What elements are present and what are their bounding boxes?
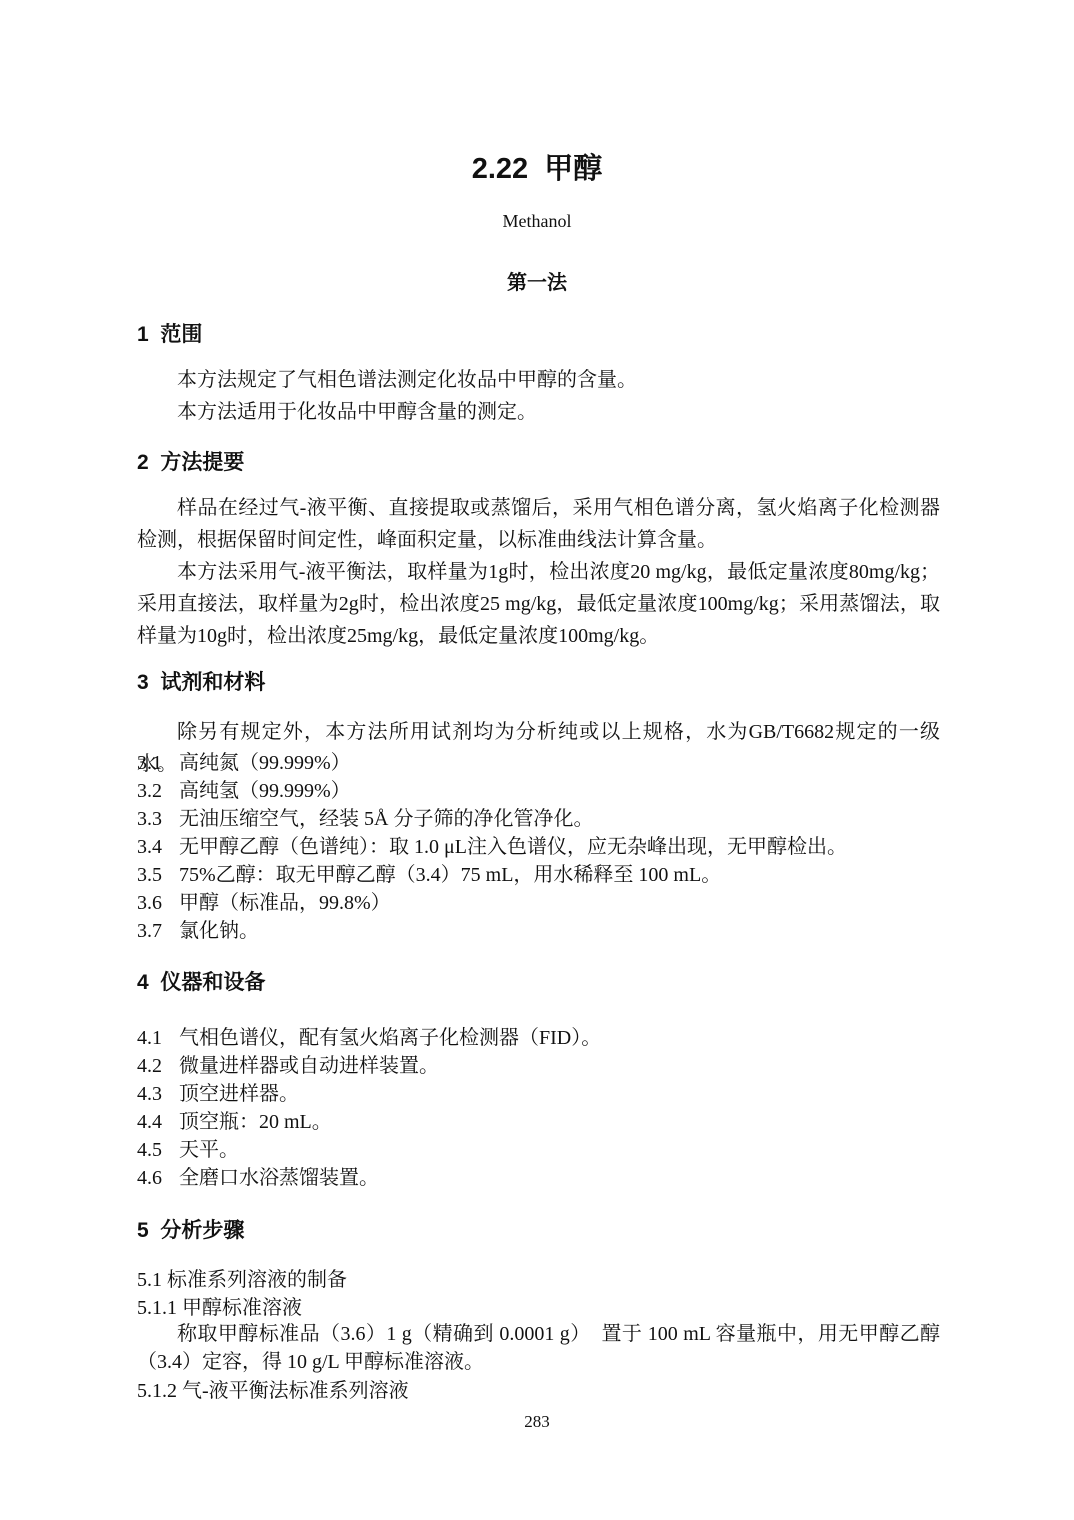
reagent-item: 3.2 高纯氢（99.999%） xyxy=(137,777,940,805)
apparatus-item: 4.2 微量进样器或自动进样装置。 xyxy=(137,1052,940,1080)
item-number: 4.1 xyxy=(137,1024,179,1052)
item-text: 无甲醇乙醇（色谱纯）：取 1.0 μL注入色谱仪，应无杂峰出现，无甲醇检出。 xyxy=(179,833,940,861)
item-text: 天平。 xyxy=(179,1136,940,1164)
item-number: 4.6 xyxy=(137,1164,179,1192)
reagent-item: 3.5 75%乙醇：取无甲醇乙醇（3.4）75 mL，用水稀释至 100 mL。 xyxy=(137,861,940,889)
summary-paragraph-2: 本方法采用气-液平衡法，取样量为1g时，检出浓度20 mg/kg，最低定量浓度8… xyxy=(137,556,940,652)
document-subtitle-english: Methanol xyxy=(0,211,1074,232)
section-summary-body: 样品在经过气-液平衡、直接提取或蒸馏后，采用气相色谱分离，氢火焰离子化检测器检测… xyxy=(137,492,940,652)
section-heading-reagents: 3 试剂和材料 xyxy=(137,666,940,696)
page-number: 283 xyxy=(0,1412,1074,1432)
section-scope-body: 本方法规定了气相色谱法测定化妆品中甲醇的含量。 本方法适用于化妆品中甲醇含量的测… xyxy=(137,364,940,428)
item-number: 3.3 xyxy=(137,805,179,833)
section-heading-procedure: 5 分析步骤 xyxy=(137,1214,940,1244)
document-title: 2.22 甲醇 xyxy=(0,146,1074,187)
item-number: 4.5 xyxy=(137,1136,179,1164)
section-heading-summary: 2 方法提要 xyxy=(137,446,940,476)
item-text: 顶空进样器。 xyxy=(179,1080,940,1108)
item-number: 3.5 xyxy=(137,861,179,889)
method-one-heading: 第一法 xyxy=(0,266,1074,295)
item-text: 氯化钠。 xyxy=(179,917,940,945)
apparatus-item: 4.1 气相色谱仪，配有氢火焰离子化检测器（FID）。 xyxy=(137,1024,940,1052)
scope-paragraph-2: 本方法适用于化妆品中甲醇含量的测定。 xyxy=(137,396,940,428)
item-text: 气相色谱仪，配有氢火焰离子化检测器（FID）。 xyxy=(179,1024,940,1052)
item-number: 3.1 xyxy=(137,749,179,777)
procedure-weigh-paragraph: 称取甲醇标准品（3.6）1 g（精确到 0.0001 g） 置于 100 mL … xyxy=(137,1320,940,1376)
apparatus-item: 4.4 顶空瓶：20 mL。 xyxy=(137,1108,940,1136)
procedure-sub-5-1: 5.1 标准系列溶液的制备 xyxy=(137,1266,940,1294)
document-page: 2.22 甲醇 Methanol 第一法 1 范围 本方法规定了气相色谱法测定化… xyxy=(0,0,1074,1520)
item-number: 3.4 xyxy=(137,833,179,861)
reagent-item: 3.4 无甲醇乙醇（色谱纯）：取 1.0 μL注入色谱仪，应无杂峰出现，无甲醇检… xyxy=(137,833,940,861)
apparatus-item: 4.3 顶空进样器。 xyxy=(137,1080,940,1108)
reagents-list: 3.1 高纯氮（99.999%） 3.2 高纯氢（99.999%） 3.3 无油… xyxy=(137,749,940,945)
section-heading-apparatus: 4 仪器和设备 xyxy=(137,966,940,996)
procedure-sub-5-1-2: 5.1.2 气-液平衡法标准系列溶液 xyxy=(137,1377,940,1405)
reagent-item: 3.3 无油压缩空气，经装 5Å 分子筛的净化管净化。 xyxy=(137,805,940,833)
item-number: 4.4 xyxy=(137,1108,179,1136)
item-number: 4.3 xyxy=(137,1080,179,1108)
item-text: 顶空瓶：20 mL。 xyxy=(179,1108,940,1136)
reagent-item: 3.7 氯化钠。 xyxy=(137,917,940,945)
item-text: 高纯氮（99.999%） xyxy=(179,749,940,777)
item-text: 全磨口水浴蒸馏装置。 xyxy=(179,1164,940,1192)
item-number: 4.2 xyxy=(137,1052,179,1080)
reagent-item: 3.6 甲醇（标准品，99.8%） xyxy=(137,889,940,917)
item-text: 高纯氢（99.999%） xyxy=(179,777,940,805)
item-text: 甲醇（标准品，99.8%） xyxy=(179,889,940,917)
apparatus-list: 4.1 气相色谱仪，配有氢火焰离子化检测器（FID）。 4.2 微量进样器或自动… xyxy=(137,1024,940,1192)
reagent-item: 3.1 高纯氮（99.999%） xyxy=(137,749,940,777)
item-number: 3.7 xyxy=(137,917,179,945)
apparatus-item: 4.5 天平。 xyxy=(137,1136,940,1164)
item-number: 3.2 xyxy=(137,777,179,805)
item-text: 微量进样器或自动进样装置。 xyxy=(179,1052,940,1080)
section-heading-scope: 1 范围 xyxy=(137,318,940,348)
item-number: 3.6 xyxy=(137,889,179,917)
scope-paragraph-1: 本方法规定了气相色谱法测定化妆品中甲醇的含量。 xyxy=(137,364,940,396)
summary-paragraph-1: 样品在经过气-液平衡、直接提取或蒸馏后，采用气相色谱分离，氢火焰离子化检测器检测… xyxy=(137,492,940,556)
procedure-sub-5-1-1: 5.1.1 甲醇标准溶液 xyxy=(137,1294,940,1322)
item-text: 无油压缩空气，经装 5Å 分子筛的净化管净化。 xyxy=(179,805,940,833)
apparatus-item: 4.6 全磨口水浴蒸馏装置。 xyxy=(137,1164,940,1192)
item-text: 75%乙醇：取无甲醇乙醇（3.4）75 mL，用水稀释至 100 mL。 xyxy=(179,861,940,889)
